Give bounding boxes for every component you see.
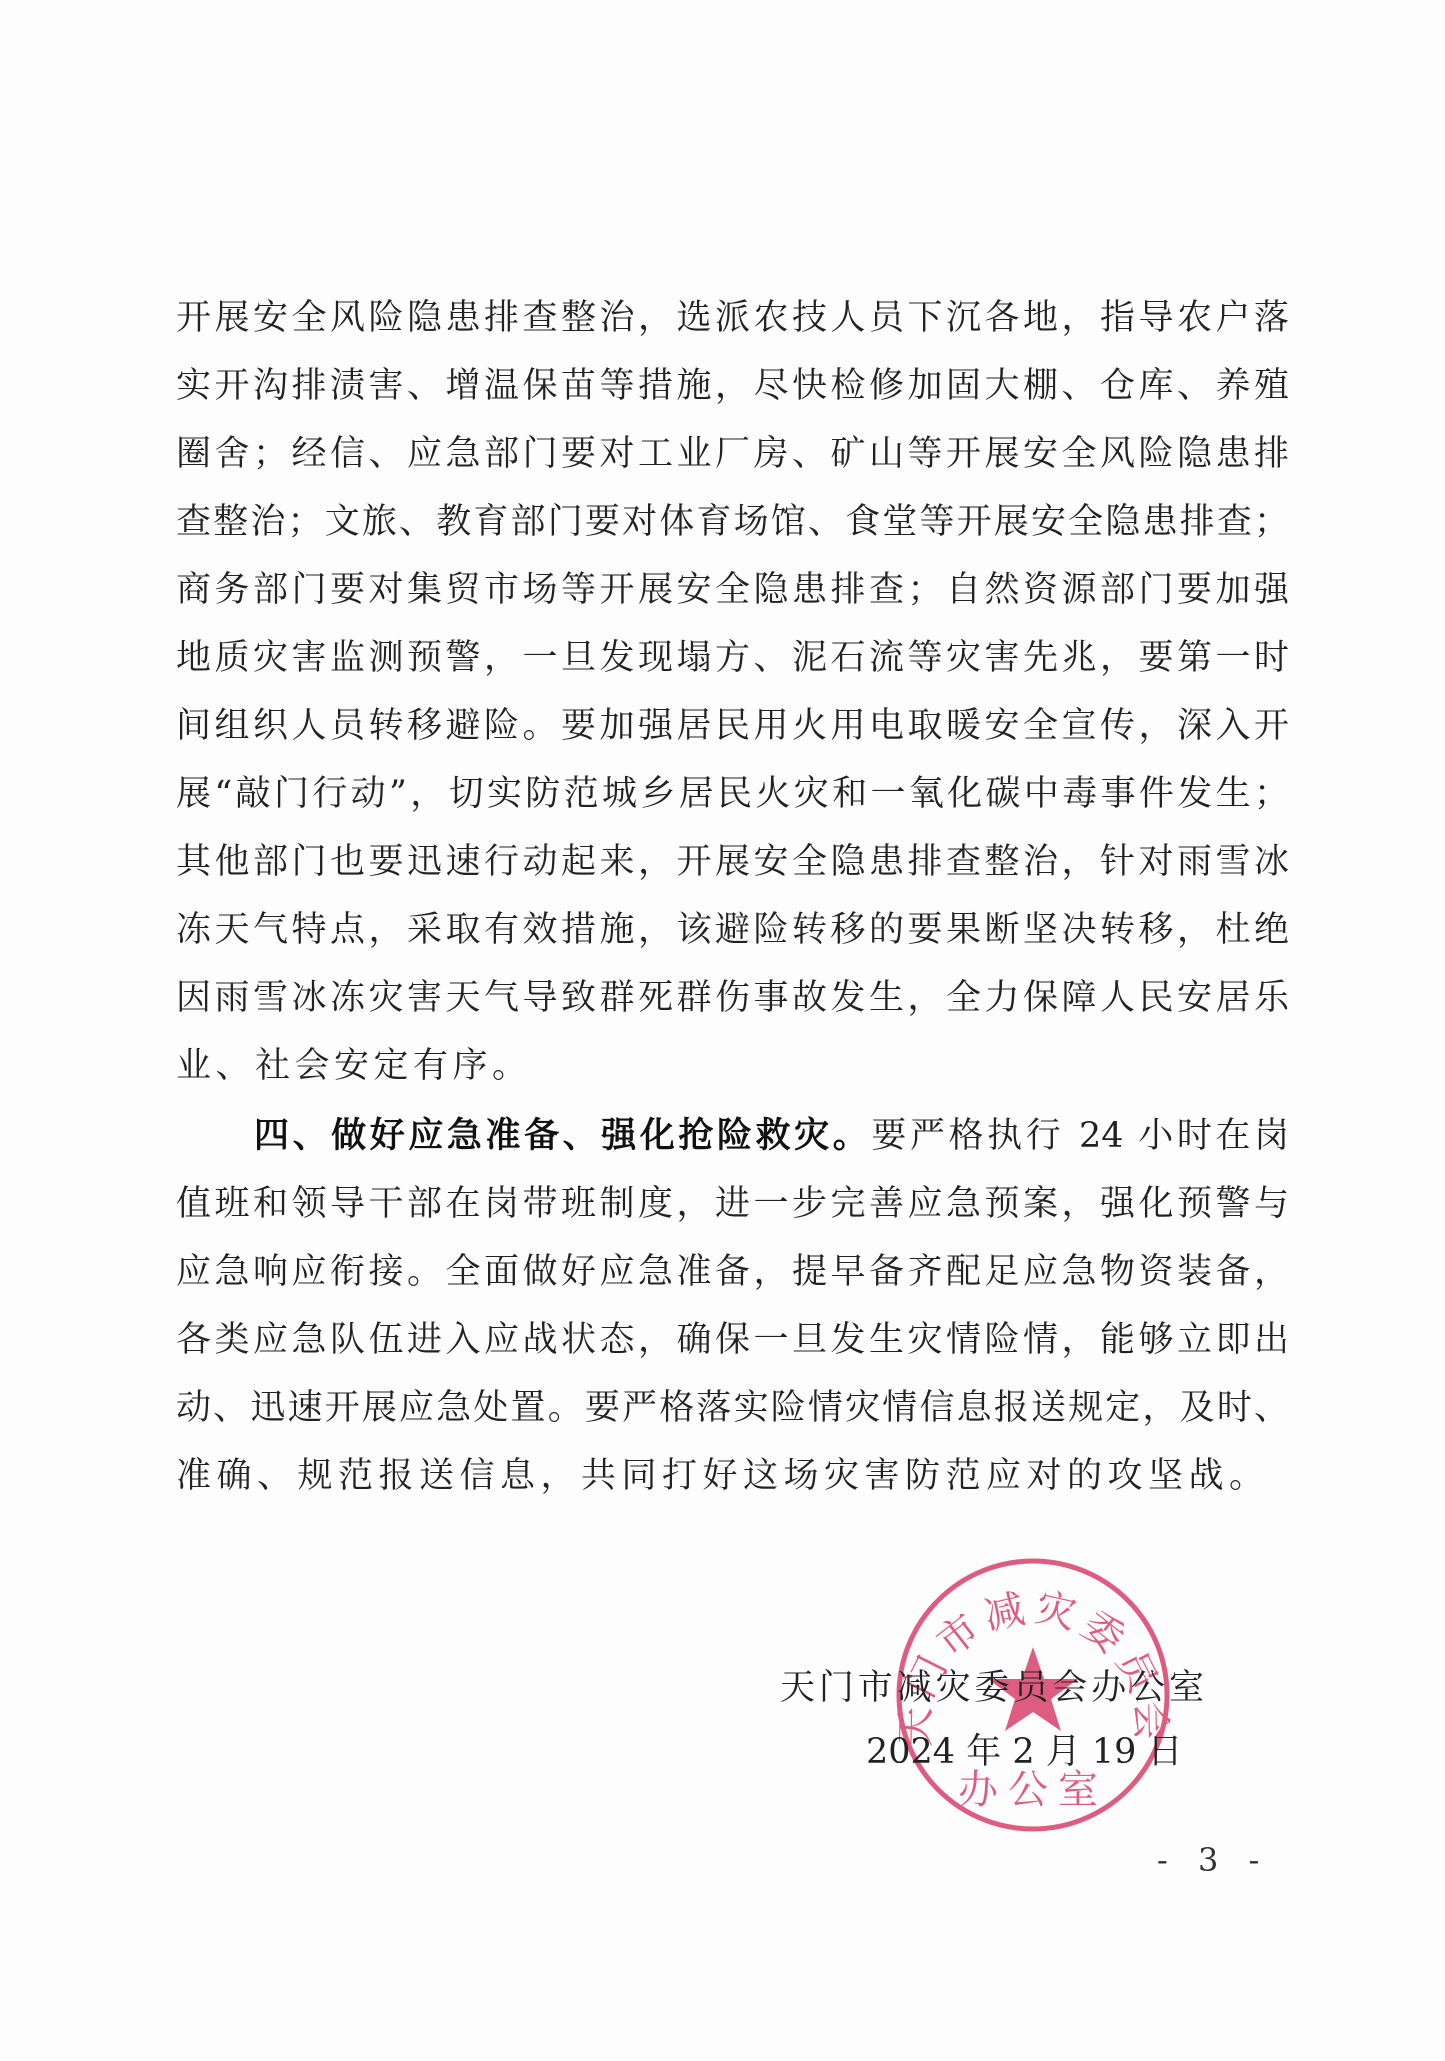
body-line: 间组织人员转移避险。要加强居民用火用电取暖安全宣传，深入开 <box>176 704 1289 748</box>
body-line: 准确、规范报送信息，共同打好这场灾害防范应对的攻坚战。 <box>176 1454 1289 1498</box>
body-line: 应急响应衔接。全面做好应急准备，提早备齐配足应急物资装备， <box>176 1250 1289 1294</box>
body-line: 冻天气特点，采取有效措施，该避险转移的要果断坚决转移，杜绝 <box>176 908 1289 952</box>
body-line: 展“敲门行动”，切实防范城乡居民火灾和一氧化碳中毒事件发生； <box>176 772 1289 816</box>
section-heading: 四、做好应急准备、强化抢险救灾。 <box>254 1115 871 1156</box>
body-line: 开展安全风险隐患排查整治，选派农技人员下沉各地，指导农户落 <box>176 296 1289 340</box>
signature-date: 2024 年 2 月 19 日 <box>866 1730 1162 1774</box>
body-line: 因雨雪冰冻灾害天气导致群死群伤事故发生，全力保障人民安居乐 <box>176 976 1289 1020</box>
signature-organization: 天门市减灾委员会办公室 <box>780 1666 1204 1710</box>
body-line: 地质灾害监测预警，一旦发现塌方、泥石流等灾害先兆，要第一时 <box>176 636 1289 680</box>
body-line: 值班和领导干部在岗带班制度，进一步完善应急预案，强化预警与 <box>176 1182 1289 1226</box>
body-line: 动、迅速开展应急处置。要严格落实险情灾情信息报送规定，及时、 <box>176 1386 1289 1430</box>
body-line: 实开沟排渍害、增温保苗等措施，尽快检修加固大棚、仓库、养殖 <box>176 364 1289 408</box>
section-heading-line: 四、做好应急准备、强化抢险救灾。要严格执行 24 小时在岗 <box>254 1114 1289 1158</box>
body-text: 要严格执行 24 小时在岗 <box>871 1116 1289 1156</box>
body-line: 业、社会安定有序。 <box>176 1044 1289 1088</box>
body-line: 商务部门要对集贸市场等开展安全隐患排查；自然资源部门要加强 <box>176 568 1289 612</box>
document-page: 开展安全风险隐患排查整治，选派农技人员下沉各地，指导农户落 实开沟排渍害、增温保… <box>0 0 1445 2061</box>
page-number: - 3 - <box>1157 1840 1269 1880</box>
body-line: 查整治；文旅、教育部门要对体育场馆、食堂等开展安全隐患排查； <box>176 500 1289 544</box>
body-line: 各类应急队伍进入应战状态，确保一旦发生灾情险情，能够立即出 <box>176 1318 1289 1362</box>
body-line: 圈舍；经信、应急部门要对工业厂房、矿山等开展安全风险隐患排 <box>176 432 1289 476</box>
body-line: 其他部门也要迅速行动起来，开展安全隐患排查整治，针对雨雪冰 <box>176 840 1289 884</box>
